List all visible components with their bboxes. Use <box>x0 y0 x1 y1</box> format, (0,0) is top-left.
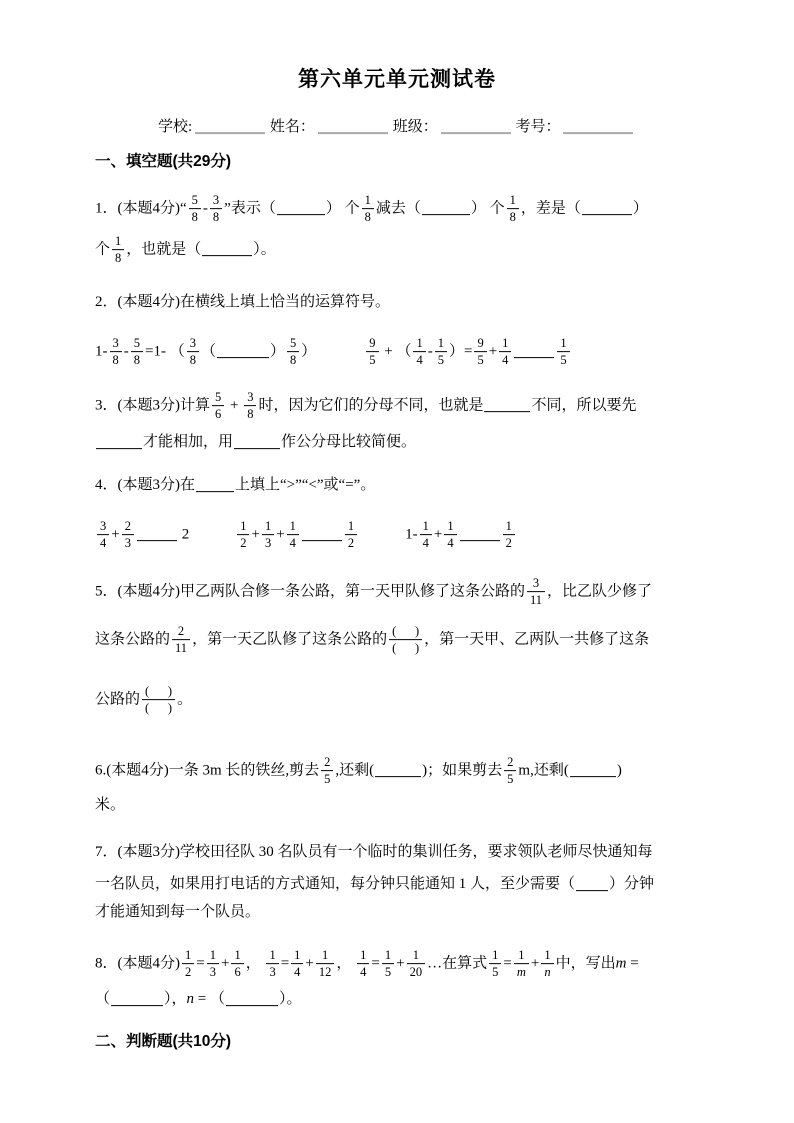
question-5-line-3: 公路的( )( )。 <box>95 684 192 716</box>
denominator: 20 <box>407 964 426 980</box>
text-run: - <box>124 343 129 359</box>
question-6-line-2: 米。 <box>95 795 125 817</box>
numerator: 2 <box>172 624 190 639</box>
text-run: ，也就是（ <box>126 241 201 257</box>
fraction: 95 <box>366 336 378 368</box>
text-run: + <box>276 526 284 542</box>
class-blank <box>441 118 511 134</box>
text-run: + <box>226 397 242 413</box>
text-run: + <box>396 955 404 971</box>
text-run: 。 <box>177 691 192 707</box>
denominator: 2 <box>503 535 515 551</box>
text-run: ） <box>633 200 648 216</box>
text-run: 2 <box>178 526 189 542</box>
fraction: 58 <box>189 193 201 225</box>
question-7-line-3: 才能通知到每一个队员。 <box>95 902 260 924</box>
question-3-line-2: 才能相加，用作公分母比较简便。 <box>95 432 416 454</box>
fraction: 23 <box>122 519 134 551</box>
text-run: ）分钟 <box>609 876 654 892</box>
question-2-line-2: 1-38-58=1- （38（）58）95 + （14-15）=95+1415 <box>95 336 572 368</box>
numerator: 1 <box>503 519 515 534</box>
text-run: 时，因为它们的分母不同，也就是 <box>258 397 483 413</box>
text-run: + <box>111 526 119 542</box>
fraction: 25 <box>504 755 516 787</box>
numerator: 2 <box>122 519 134 534</box>
numerator: 1 <box>435 336 447 351</box>
spacer <box>316 354 364 355</box>
numerator: 1 <box>499 336 511 351</box>
question-4-line-2: 34+23 212+13+14121-14+1412 <box>95 519 517 551</box>
denominator: 11 <box>172 640 190 656</box>
denominator: 2 <box>182 964 194 980</box>
text-run: 3．(本题3分)计算 <box>95 397 210 413</box>
text-run: ，差是（ <box>521 200 581 216</box>
text-run: =1- （ <box>145 343 185 359</box>
text-run: = <box>626 955 638 971</box>
denominator: 5 <box>504 771 516 787</box>
question-7-line-2: 一名队员，如果用打电话的方式通知，每分钟只能通知 1 人，至少需要（）分钟 <box>95 874 654 896</box>
denominator: n <box>541 964 553 980</box>
question-1-line-2: 个18，也就是（）。 <box>95 234 276 266</box>
text-run: = <box>503 955 511 971</box>
numerator: 3 <box>187 336 199 351</box>
numerator: 1 <box>231 948 243 963</box>
numerator: 3 <box>110 336 122 351</box>
exam-number-label: 考号： <box>515 119 560 135</box>
answer-blank <box>217 343 269 358</box>
fraction: 15 <box>557 336 569 368</box>
variable: n <box>187 991 195 1007</box>
fraction: 15 <box>382 948 394 980</box>
denominator: 4 <box>97 535 109 551</box>
answer-blank <box>514 343 554 358</box>
text-run: ,还剩( <box>335 762 374 778</box>
fraction: 1m <box>514 948 529 980</box>
fraction-answer-blank: ( )( ) <box>389 624 422 656</box>
text-run: 这条公路的 <box>95 631 170 647</box>
fraction: 58 <box>131 336 143 368</box>
question-4-line-1: 4．(本题3分)在上填上“>”“<”或“=”。 <box>95 475 375 497</box>
fraction: 13 <box>262 519 274 551</box>
denominator: 3 <box>262 535 274 551</box>
denominator-blank: ( ) <box>389 640 422 656</box>
answer-blank <box>375 762 421 777</box>
answer-blank <box>137 526 177 541</box>
denominator: 2 <box>345 535 357 551</box>
numerator: 1 <box>444 519 456 534</box>
text-run: 才能相加，用 <box>143 434 233 450</box>
denominator: 8 <box>210 209 222 225</box>
numerator-blank: ( ) <box>389 624 422 639</box>
denominator: 6 <box>231 964 243 980</box>
school-label: 学校: <box>158 119 192 135</box>
denominator: 5 <box>321 771 333 787</box>
fraction: 38 <box>244 390 256 422</box>
text-run: ） 个 <box>326 200 360 216</box>
denominator: 4 <box>499 352 511 368</box>
denominator: 12 <box>316 964 335 980</box>
denominator: 5 <box>489 964 501 980</box>
text-run: 上填上“>”“<”或“=”。 <box>235 477 375 493</box>
denominator: 4 <box>357 964 369 980</box>
numerator: 1 <box>237 519 249 534</box>
denominator: 8 <box>287 352 299 368</box>
numerator: 1 <box>112 234 124 249</box>
text-run: 6.(本题4分)一条 3m 长的铁丝,剪去 <box>95 762 319 778</box>
denominator: 8 <box>112 250 124 266</box>
fraction: 38 <box>187 336 199 368</box>
text-run: + <box>221 955 229 971</box>
question-2-line-1: 2．(本题4分)在横线上填上恰当的运算符号。 <box>95 292 390 314</box>
student-info-line: 学校: 姓名： 班级： 考号： <box>158 117 634 139</box>
numerator: 5 <box>287 336 299 351</box>
numerator: 1 <box>266 948 278 963</box>
denominator: 11 <box>527 592 545 608</box>
text-run: （ <box>201 343 216 359</box>
numerator: 5 <box>189 193 201 208</box>
answer-blank <box>96 434 142 449</box>
denominator: 8 <box>362 209 374 225</box>
question-5-line-2: 这条公路的211，第一天乙队修了这条公路的( )( )，第一天甲、乙两队一共修了… <box>95 624 649 656</box>
fraction: 18 <box>112 234 124 266</box>
denominator-blank: ( ) <box>142 700 175 716</box>
text-run: 1- <box>405 526 418 542</box>
fraction: 56 <box>212 390 224 422</box>
denominator: 5 <box>474 352 486 368</box>
fraction: 14 <box>357 948 369 980</box>
fraction: 12 <box>237 519 249 551</box>
answer-blank <box>277 200 325 215</box>
text-run: = <box>196 955 204 971</box>
text-run: ） 个 <box>471 200 505 216</box>
name-blank <box>318 118 388 134</box>
fraction-answer-blank: ( )( ) <box>142 684 175 716</box>
denominator: 5 <box>382 964 394 980</box>
answer-blank <box>302 526 342 541</box>
fraction: 16 <box>231 948 243 980</box>
fraction: 14 <box>291 948 303 980</box>
numerator: 1 <box>557 336 569 351</box>
name-label: 姓名： <box>270 119 315 135</box>
answer-blank <box>460 526 500 541</box>
fraction: 38 <box>110 336 122 368</box>
answer-blank <box>202 241 252 256</box>
text-run: ，第一天乙队修了这条公路的 <box>192 631 387 647</box>
denominator: 4 <box>291 964 303 980</box>
numerator: 1 <box>541 948 553 963</box>
numerator: 1 <box>420 519 432 534</box>
denominator: 8 <box>131 352 143 368</box>
numerator: 1 <box>357 948 369 963</box>
fraction: 18 <box>507 193 519 225</box>
fraction: 34 <box>97 519 109 551</box>
text-run: ”表示（ <box>224 200 276 216</box>
answer-blank <box>196 477 234 492</box>
text-run: 中，写出 <box>556 955 616 971</box>
denominator: 4 <box>444 535 456 551</box>
fraction: 13 <box>207 948 219 980</box>
answer-blank <box>484 397 530 412</box>
numerator: 1 <box>489 948 501 963</box>
numerator: 1 <box>407 948 426 963</box>
text-run: 作公分母比较简便。 <box>281 434 416 450</box>
numerator: 1 <box>345 519 357 534</box>
numerator: 1 <box>291 948 303 963</box>
text-run: 8．(本题4分) <box>95 955 180 971</box>
numerator: 1 <box>362 193 374 208</box>
text-run: = <box>371 955 379 971</box>
text-run: - <box>203 200 208 216</box>
numerator: 1 <box>382 948 394 963</box>
class-label: 班级： <box>393 119 438 135</box>
text-run: 1．(本题4分)“ <box>95 200 187 216</box>
answer-blank <box>234 434 280 449</box>
denominator: 2 <box>237 535 249 551</box>
numerator: 1 <box>182 948 194 963</box>
text-run: 7．(本题3分)学校田径队 30 名队员有一个临时的集训任务，要求领队老师尽快通… <box>95 844 653 860</box>
text-run: ）。 <box>253 241 276 257</box>
denominator: 3 <box>122 535 134 551</box>
fraction: 95 <box>474 336 486 368</box>
answer-blank <box>226 991 278 1006</box>
fraction: 14 <box>413 336 425 368</box>
question-3-line-1: 3．(本题3分)计算56 + 38时，因为它们的分母不同，也就是不同，所以要先 <box>95 390 637 422</box>
fraction: 38 <box>210 193 222 225</box>
text-run: ）。 <box>279 991 302 1007</box>
exam-number-blank <box>563 118 633 134</box>
text-run: 个 <box>95 241 110 257</box>
fraction: 311 <box>527 576 545 608</box>
question-6-line-1: 6.(本题4分)一条 3m 长的铁丝,剪去25,还剩()；如果剪去25m,还剩(… <box>95 755 622 787</box>
text-run: ）， <box>164 991 187 1007</box>
fraction: 14 <box>420 519 432 551</box>
numerator: 9 <box>366 336 378 351</box>
text-run: ) <box>617 762 622 778</box>
text-run: ） <box>270 343 285 359</box>
numerator: 2 <box>321 755 333 770</box>
text-run: + <box>251 526 259 542</box>
text-run: - <box>428 343 433 359</box>
numerator: 1 <box>413 336 425 351</box>
text-run: + <box>531 955 539 971</box>
fraction: 12 <box>182 948 194 980</box>
text-run: + <box>305 955 313 971</box>
section-1-heading: 一、填空题(共29分) <box>95 151 231 173</box>
school-blank <box>195 118 265 134</box>
question-5-line-1: 5．(本题4分)甲乙两队合修一条公路，第一天甲队修了这条公路的311，比乙队少修… <box>95 576 652 608</box>
numerator-blank: ( ) <box>142 684 175 699</box>
fraction: 18 <box>362 193 374 225</box>
answer-blank <box>582 200 632 215</box>
fraction: 211 <box>172 624 190 656</box>
numerator: 5 <box>212 390 224 405</box>
numerator: 1 <box>287 519 299 534</box>
text-run: ） <box>301 343 316 359</box>
question-8-line-2: （），n = （）。 <box>95 989 302 1011</box>
text-run: 一名队员，如果用打电话的方式通知，每分钟只能通知 1 人，至少需要（ <box>95 876 575 892</box>
text-run: ，比乙队少修了 <box>547 583 652 599</box>
numerator: 3 <box>244 390 256 405</box>
question-7-line-1: 7．(本题3分)学校田径队 30 名队员有一个临时的集训任务，要求领队老师尽快通… <box>95 842 653 864</box>
fraction: 112 <box>316 948 335 980</box>
text-run: 1- <box>95 343 108 359</box>
fraction: 12 <box>503 519 515 551</box>
denominator: 5 <box>435 352 447 368</box>
fraction: 14 <box>444 519 456 551</box>
fraction: 13 <box>266 948 278 980</box>
denominator: 8 <box>189 209 201 225</box>
text-run: ， <box>336 955 355 971</box>
numerator: 3 <box>527 576 545 591</box>
text-run: 公路的 <box>95 691 140 707</box>
fraction: 15 <box>489 948 501 980</box>
denominator: 5 <box>366 352 378 368</box>
denominator: 8 <box>187 352 199 368</box>
denominator: 8 <box>507 209 519 225</box>
fraction: 58 <box>287 336 299 368</box>
text-run: 米。 <box>95 797 125 813</box>
numerator: 1 <box>514 948 529 963</box>
text-run: ， <box>246 955 265 971</box>
text-run: 减去（ <box>376 200 421 216</box>
answer-blank <box>576 876 608 891</box>
denominator: 4 <box>420 535 432 551</box>
denominator: 5 <box>557 352 569 368</box>
fraction: 12 <box>345 519 357 551</box>
fraction: 25 <box>321 755 333 787</box>
numerator: 3 <box>210 193 222 208</box>
text-run: = <box>281 955 289 971</box>
page-title: 第六单元单元测试卷 <box>0 65 794 95</box>
numerator: 1 <box>316 948 335 963</box>
answer-blank <box>570 762 616 777</box>
fraction: 14 <box>287 519 299 551</box>
denominator: 3 <box>207 964 219 980</box>
text-run: ，第一天甲、乙两队一共修了这条 <box>424 631 649 647</box>
fraction: 120 <box>407 948 426 980</box>
text-run: 不同，所以要先 <box>531 397 636 413</box>
denominator: m <box>514 964 529 980</box>
denominator: 4 <box>413 352 425 368</box>
spacer <box>189 537 235 538</box>
text-run: 2．(本题4分)在横线上填上恰当的运算符号。 <box>95 294 390 310</box>
denominator: 3 <box>266 964 278 980</box>
fraction: 14 <box>499 336 511 368</box>
section-2-heading: 二、判断题(共10分) <box>95 1031 231 1053</box>
fraction: 15 <box>435 336 447 368</box>
text-run: …在算式 <box>427 955 487 971</box>
question-8-line-1: 8．(本题4分)12=13+16， 13=14+112， 14=15+120…在… <box>95 948 639 980</box>
text-run: （ <box>95 991 110 1007</box>
test-paper-page: 第六单元单元测试卷 学校: 姓名： 班级： 考号： 一、填空题(共29分) 1．… <box>0 0 794 1123</box>
denominator: 4 <box>287 535 299 551</box>
text-run: )；如果剪去 <box>422 762 502 778</box>
answer-blank <box>422 200 470 215</box>
text-run: 才能通知到每一个队员。 <box>95 904 260 920</box>
text-run: 5．(本题4分)甲乙两队合修一条公路，第一天甲队修了这条公路的 <box>95 583 525 599</box>
numerator: 3 <box>97 519 109 534</box>
numerator: 9 <box>474 336 486 351</box>
spacer <box>359 537 405 538</box>
numerator: 1 <box>262 519 274 534</box>
denominator: 8 <box>110 352 122 368</box>
text-run: = （ <box>194 991 225 1007</box>
variable: m <box>616 955 627 971</box>
answer-blank <box>111 991 163 1006</box>
text-run: + <box>434 526 442 542</box>
numerator: 2 <box>504 755 516 770</box>
numerator: 5 <box>131 336 143 351</box>
text-run: m,还剩( <box>518 762 568 778</box>
denominator: 6 <box>212 406 224 422</box>
text-run: 4．(本题3分)在 <box>95 477 195 493</box>
fraction: 1n <box>541 948 553 980</box>
numerator: 1 <box>207 948 219 963</box>
text-run: + <box>489 343 497 359</box>
question-1-line-1: 1．(本题4分)“58-38”表示（） 个18减去（） 个18，差是（） <box>95 193 648 225</box>
text-run: + （ <box>381 343 412 359</box>
denominator: 8 <box>244 406 256 422</box>
text-run: ）= <box>449 343 472 359</box>
numerator: 1 <box>507 193 519 208</box>
